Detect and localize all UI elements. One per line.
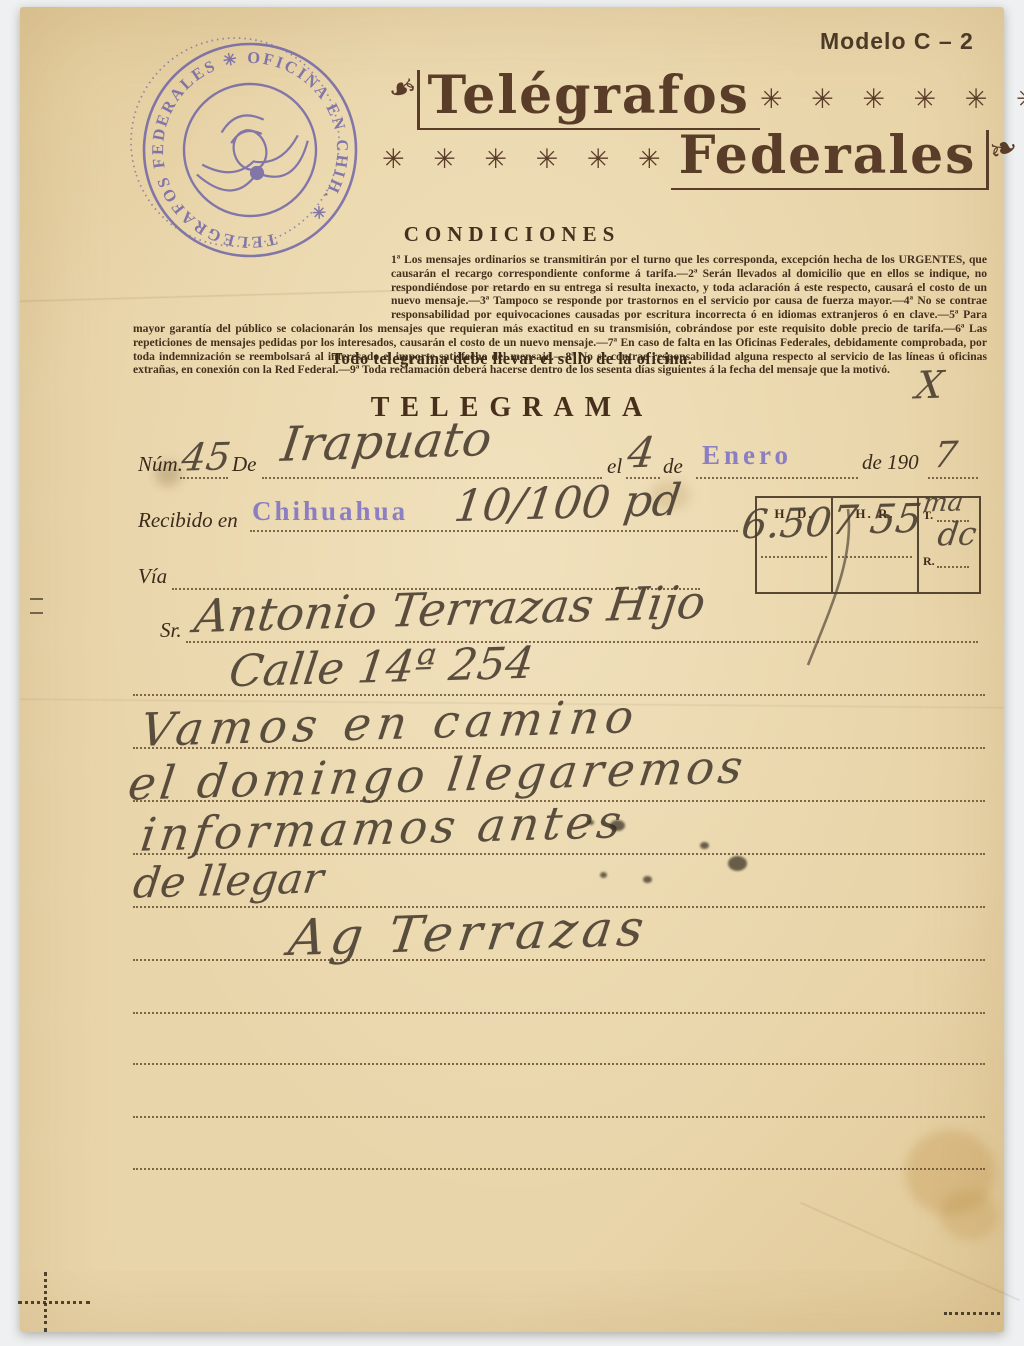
handwritten-t-value: ma [921,489,965,516]
el-label: el [607,454,622,479]
edge-tick [30,612,43,614]
star-ornaments-icon: ✳ ✳ ✳ ✳ ✳ ✳ [760,70,1024,115]
handwritten-message-line: de llegar [131,857,326,904]
conditions-title: CONDICIONES [0,222,1024,247]
seal-notice-text: Todo telegrama debe llevar el sello de l… [123,349,901,369]
handwritten-r-value: dc [936,517,979,550]
ink-flourish-stroke [800,505,870,670]
star-ornaments-icon: ✳ ✳ ✳ ✳ ✳ ✳ [382,130,671,175]
ink-blot [610,820,625,831]
masthead-title-telegrafos: Telégrafos [417,70,760,130]
corner-mark [44,1272,47,1332]
handwritten-check-mark: X [913,366,945,405]
handwritten-address: Calle 14ª 254 [227,642,537,694]
telegram-form: Modelo C – 2 TELEGRAFOS FEDERALES ✳ OFIC… [0,0,1024,1346]
form-title: TELEGRAMA [0,392,1024,424]
ruled-line [133,1168,985,1170]
recibido-label: Recibido en [138,508,238,533]
de-label: De [232,452,257,477]
month-stamp: Enero [702,440,792,471]
r-label: R. [923,554,935,569]
ink-blot [643,876,652,883]
ink-blot [600,872,607,878]
ink-blot [728,856,747,871]
edge-tick [30,598,43,600]
corner-mark [944,1312,1000,1315]
ink-blot [588,820,594,825]
handwritten-number: 45 [179,437,233,476]
masthead-line1: ❧ Telégrafos ✳ ✳ ✳ ✳ ✳ ✳ [388,70,1024,130]
handwritten-signature: Ag Terrazas [286,903,651,963]
handwritten-day: 4 [625,432,657,475]
ruled-line [696,477,858,479]
received-at-stamp: Chihuahua [252,496,408,527]
handwritten-addressee: Antonio Terrazas Hijo [192,579,708,639]
handwritten-message-line: informamos antes [138,798,628,857]
handwritten-year-digit: 7 [932,438,960,475]
masthead-line2: ✳ ✳ ✳ ✳ ✳ ✳ Federales ❧ [382,130,1018,190]
ruled-line [133,1012,985,1014]
ink-blot [700,842,709,849]
eagle-emblem-icon [184,100,315,200]
ruled-line [133,1063,985,1065]
pen-flourish-icon: ❧ [985,126,1023,169]
ruled-line [928,477,978,479]
model-number-label: Modelo C – 2 [820,28,995,55]
num-label: Núm. [138,452,183,477]
masthead-title-federales: Federales [671,130,990,190]
handwritten-origin: Irapuato [278,415,494,469]
sr-label: Sr. [160,618,182,643]
ruled-line [186,641,978,643]
de190-label: de 190 [862,450,919,475]
paper-stain [940,1190,998,1240]
via-label: Vía [138,564,167,589]
conditions-indent [133,253,391,309]
ruled-line [937,566,969,568]
ruled-line [133,1116,985,1118]
corner-mark [18,1301,90,1304]
handwritten-received-note: 10/100 pd [452,479,684,529]
